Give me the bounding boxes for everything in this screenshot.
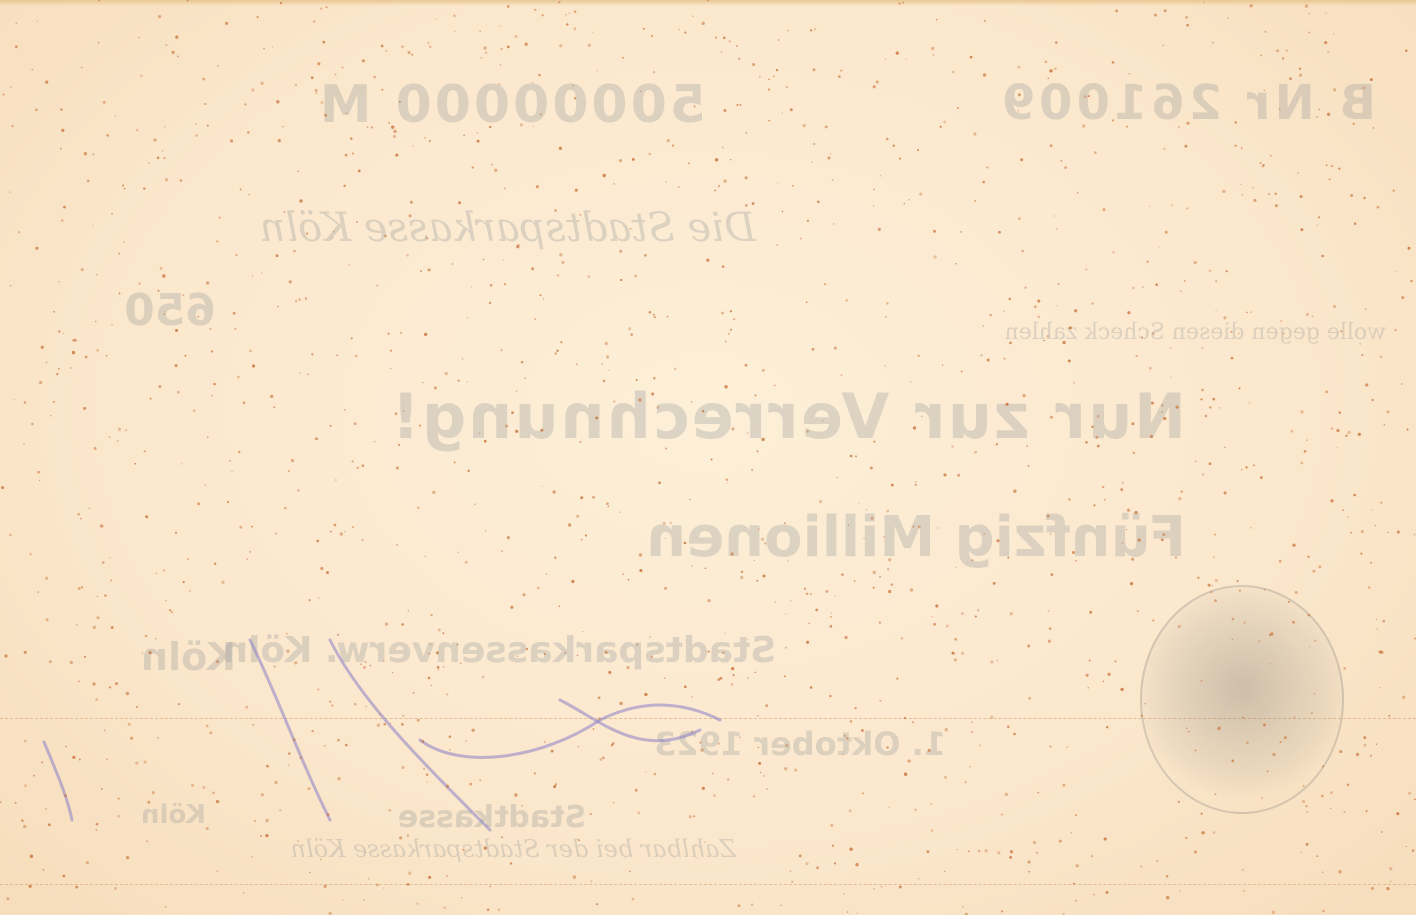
paper-reverse: B Nr 261009 50000000 M Die Stadtsparkass… bbox=[0, 0, 1416, 915]
paper-specks bbox=[0, 0, 1416, 915]
